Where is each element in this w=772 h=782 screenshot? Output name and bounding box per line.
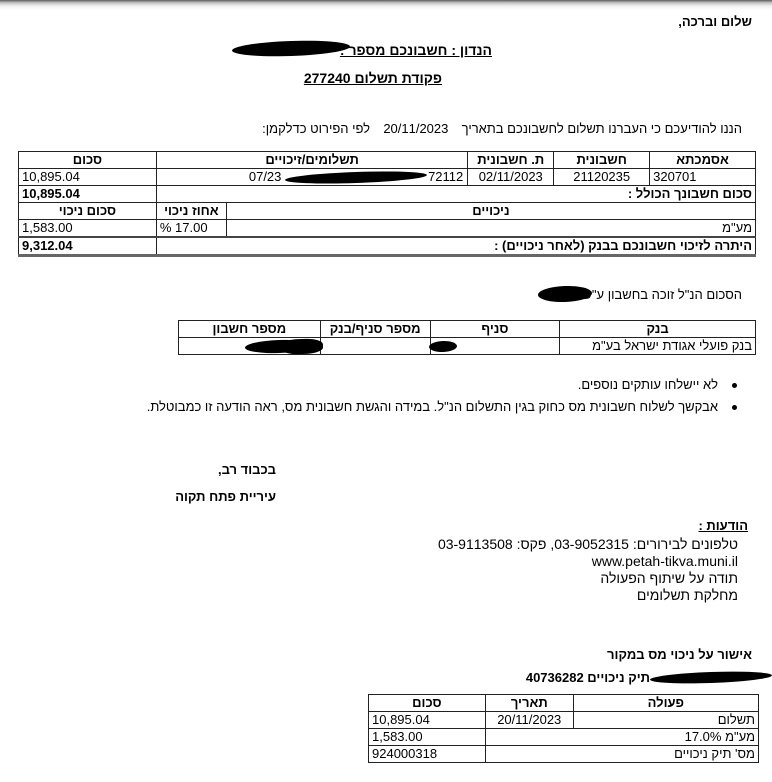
cell-bank-name: בנק פועלי אגודת ישראל בע"מ	[560, 338, 756, 355]
intro-text: הננו להודיעכם כי העברנו תשלום לחשבונכם ב…	[462, 121, 742, 136]
cell-action: מס' תיק ניכויים	[485, 746, 758, 763]
window-top-shadow	[0, 0, 772, 10]
table-row: מס' תיק ניכויים 924000318	[369, 746, 759, 763]
redacted-account-number	[232, 39, 350, 58]
cell-reference: 320701	[650, 169, 756, 186]
cell-branch	[430, 338, 560, 355]
payments-credits-period: 07/23	[249, 169, 282, 185]
cell-tax-amount: 10,895.04	[369, 712, 486, 729]
balance-value: 9,312.04	[19, 237, 157, 256]
messages-website[interactable]: www.petah-tikva.muni.il	[592, 553, 738, 569]
tax-certificate-table: פעולה תאריך סכום תשלום 20/11/2023 10,895…	[368, 694, 759, 763]
closing: בכבוד רב,	[218, 462, 276, 477]
messages-phones: טלפונים לבירורים: 03-9052315, פקס: 03-91…	[438, 536, 738, 552]
header-deductions: ניכויים	[226, 203, 755, 220]
deduction-amount: 1,583.00	[19, 220, 157, 238]
notes-list: לא יישלחו עותקים נוספים. אבקשך לשלוח חשב…	[147, 374, 740, 418]
table-row: מע"מ % 17.00 1,583.00	[19, 220, 756, 238]
payment-order-title: פקודת תשלום 277240	[304, 70, 442, 86]
header-reference: אסמכתא	[650, 152, 756, 169]
deductions-header-row: ניכויים אחוז ניכוי סכום ניכוי	[19, 203, 756, 220]
intro-date: 20/11/2023	[383, 121, 448, 136]
table-row: 320701 21120235 02/11/2023 72112 07/23 1…	[19, 169, 756, 186]
header-date: תאריך	[485, 695, 573, 712]
table-row: מע"מ 17.0% 1,583.00	[369, 729, 759, 746]
cell-action: תשלום	[573, 712, 758, 729]
cell-tax-amount: 1,583.00	[369, 729, 486, 746]
cell-branch-bank-number	[320, 338, 430, 355]
total-label: סכום חשבונך הכולל :	[156, 186, 755, 203]
intro-line: הננו להודיעכם כי העברנו תשלום לחשבונכם ב…	[262, 121, 742, 136]
redacted-account-number-bank	[245, 339, 313, 354]
cell-account-number	[179, 338, 321, 355]
messages-title: הודעות :	[698, 518, 748, 533]
tax-file-label: תיק ניכויים 40736282	[526, 670, 650, 685]
header-deduction-amount: סכום ניכוי	[19, 203, 157, 220]
deduction-pct: % 17.00	[156, 220, 226, 238]
cell-payments-credits: 72112 07/23	[156, 169, 467, 186]
bank-table: בנק סניף מספר סניף/בנק מספר חשבון בנק פו…	[178, 320, 756, 355]
cell-date: 20/11/2023	[485, 712, 573, 729]
redacted-branch	[428, 341, 456, 353]
bank-table-header: בנק סניף מספר סניף/בנק מספר חשבון	[179, 321, 756, 338]
redacted-payment-detail	[285, 170, 427, 186]
redacted-tax-file-owner	[650, 670, 772, 685]
list-item: לא יישלחו עותקים נוספים.	[147, 374, 740, 396]
total-row: סכום חשבונך הכולל : 10,895.04	[19, 186, 756, 203]
cell-action: מע"מ 17.0%	[485, 729, 758, 746]
cell-invoice-date: 02/11/2023	[468, 169, 554, 186]
balance-label: היתרה לזיכוי חשבונכם בבנק (לאחר ניכויים)…	[156, 237, 755, 256]
organization-name: עיריית פתח תקוה	[175, 489, 276, 504]
header-tax-amount: סכום	[369, 695, 486, 712]
greeting: שלום וברכה,	[678, 14, 752, 29]
header-invoice: חשבונית	[554, 152, 650, 169]
deduction-name: מע"מ	[226, 220, 755, 238]
header-payments-credits: תשלומים/זיכויים	[156, 152, 467, 169]
tax-certificate-title: אישור על ניכוי מס במקור	[607, 647, 752, 662]
cell-invoice: 21120235	[554, 169, 650, 186]
messages-thanks: תודה על שיתוף הפעולה	[600, 570, 738, 586]
list-item: אבקשך לשלוח חשבונית מס כחוק בגין התשלום …	[147, 396, 740, 418]
payment-table-header: אסמכתא חשבונית ת. חשבונית תשלומים/זיכויי…	[19, 152, 756, 169]
header-account-number: מספר חשבון	[179, 321, 321, 338]
subject-line: הנדון : חשבונכם מספר :	[340, 42, 492, 58]
cell-amount: 10,895.04	[19, 169, 157, 186]
payments-credits-code: 72112	[428, 169, 463, 185]
header-deduction-pct: אחוז ניכוי	[156, 203, 226, 220]
header-branch: סניף	[430, 321, 560, 338]
credited-to-text: הסכום הנ"ל זוכה בחשבון ע"ש	[582, 287, 742, 302]
intro-suffix: לפי הפירוט כדלקמן:	[262, 121, 370, 136]
header-amount: סכום	[19, 152, 157, 169]
table-row: תשלום 20/11/2023 10,895.04	[369, 712, 759, 729]
header-invoice-date: ת. חשבונית	[468, 152, 554, 169]
cell-tax-amount: 924000318	[369, 746, 486, 763]
tax-table-header: פעולה תאריך סכום	[369, 695, 759, 712]
header-action: פעולה	[573, 695, 758, 712]
messages-department: מחלקת תשלומים	[637, 587, 738, 603]
table-row: בנק פועלי אגודת ישראל בע"מ	[179, 338, 756, 355]
balance-row: היתרה לזיכוי חשבונכם בבנק (לאחר ניכויים)…	[19, 237, 756, 256]
header-branch-bank-number: מספר סניף/בנק	[320, 321, 430, 338]
header-bank: בנק	[560, 321, 756, 338]
payment-table: אסמכתא חשבונית ת. חשבונית תשלומים/זיכויי…	[18, 151, 756, 257]
total-value: 10,895.04	[19, 186, 157, 203]
